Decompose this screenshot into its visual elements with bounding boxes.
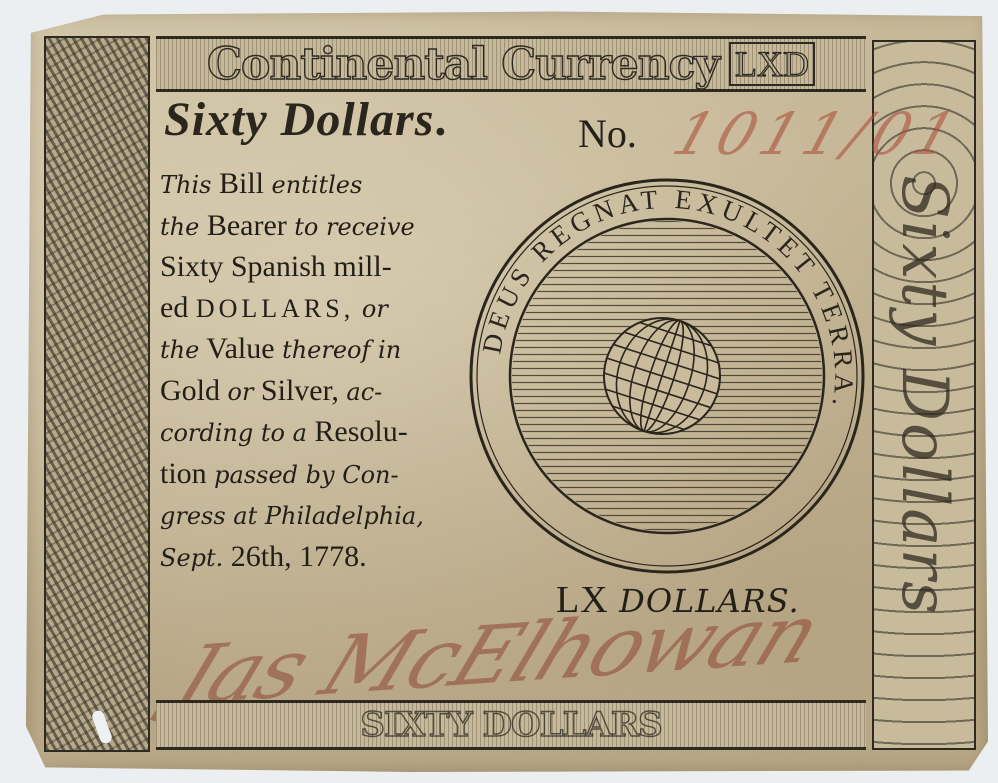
serial-number: 1011/01: [665, 100, 970, 168]
bill-line: gress at Philadelphia,: [160, 495, 465, 537]
bill-line: Gold or Silver, ac-: [160, 371, 465, 413]
serial-label: No.: [578, 110, 637, 157]
title-period: .: [434, 93, 447, 146]
bill-line: Sept. 26th, 1778.: [160, 537, 465, 579]
bill-line: cording to a Resolu-: [160, 412, 465, 454]
header-band: Continental Currency LXD: [156, 36, 866, 92]
left-ornamental-border: [44, 36, 150, 752]
note-title: Sixty Dollars.: [164, 92, 447, 147]
bill-line: tion passed by Con-: [160, 454, 465, 496]
globe-seal: DEUS REGNAT EXULTET TERRA.: [467, 176, 867, 576]
header-band-denomination: LXD: [729, 42, 815, 86]
bill-text: This Bill entitles the Bearer to receive…: [160, 164, 465, 578]
bottom-band-text: SIXTY DOLLARS: [360, 705, 661, 745]
bottom-band: SIXTY DOLLARS: [156, 700, 866, 750]
bill-line: This Bill entitles: [160, 164, 465, 206]
bill-line: ed DOLLARS, or: [160, 288, 465, 330]
bill-line: the Value thereof in: [160, 329, 465, 371]
bill-line: the Bearer to receive: [160, 206, 465, 248]
header-band-text: Continental Currency: [207, 39, 719, 90]
title-text: Sixty Dollars: [164, 93, 434, 146]
bill-line: Sixty Spanish mill-: [160, 247, 465, 288]
right-border-script: Sixty Dollars: [887, 175, 961, 616]
